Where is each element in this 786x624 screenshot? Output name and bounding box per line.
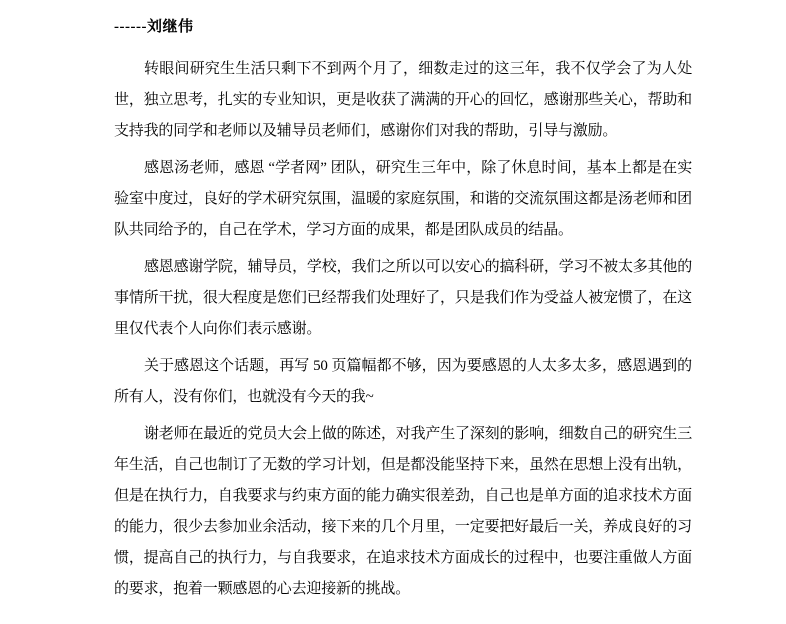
paragraph-gratitude-overview: 转眼间研究生生活只剩下不到两个月了，细数走过的这三年，我不仅学会了为人处世，独立… — [114, 54, 692, 147]
paragraph-thanks-college-counselors: 感恩感谢学院，辅导员，学校，我们之所以可以安心的搞科研，学习不被太多其他的事情所… — [114, 252, 692, 345]
document-page: ------刘继伟 转眼间研究生生活只剩下不到两个月了，细数走过的这三年，我不仅… — [0, 0, 786, 624]
paragraph-thanks-teacher-tang-team: 感恩汤老师，感恩 “学者网” 团队，研究生三年中，除了休息时间，基本上都是在实验… — [114, 153, 692, 246]
author-signature: ------刘继伟 — [114, 12, 690, 43]
paragraph-self-reflection: 谢老师在最近的党员大会上做的陈述，对我产生了深刻的影响，细数自己的研究生三年生活… — [114, 419, 692, 605]
paragraph-gratitude-everyone: 关于感恩这个话题，再写 50 页篇幅都不够，因为要感恩的人太多太多，感恩遇到的所… — [114, 351, 692, 413]
